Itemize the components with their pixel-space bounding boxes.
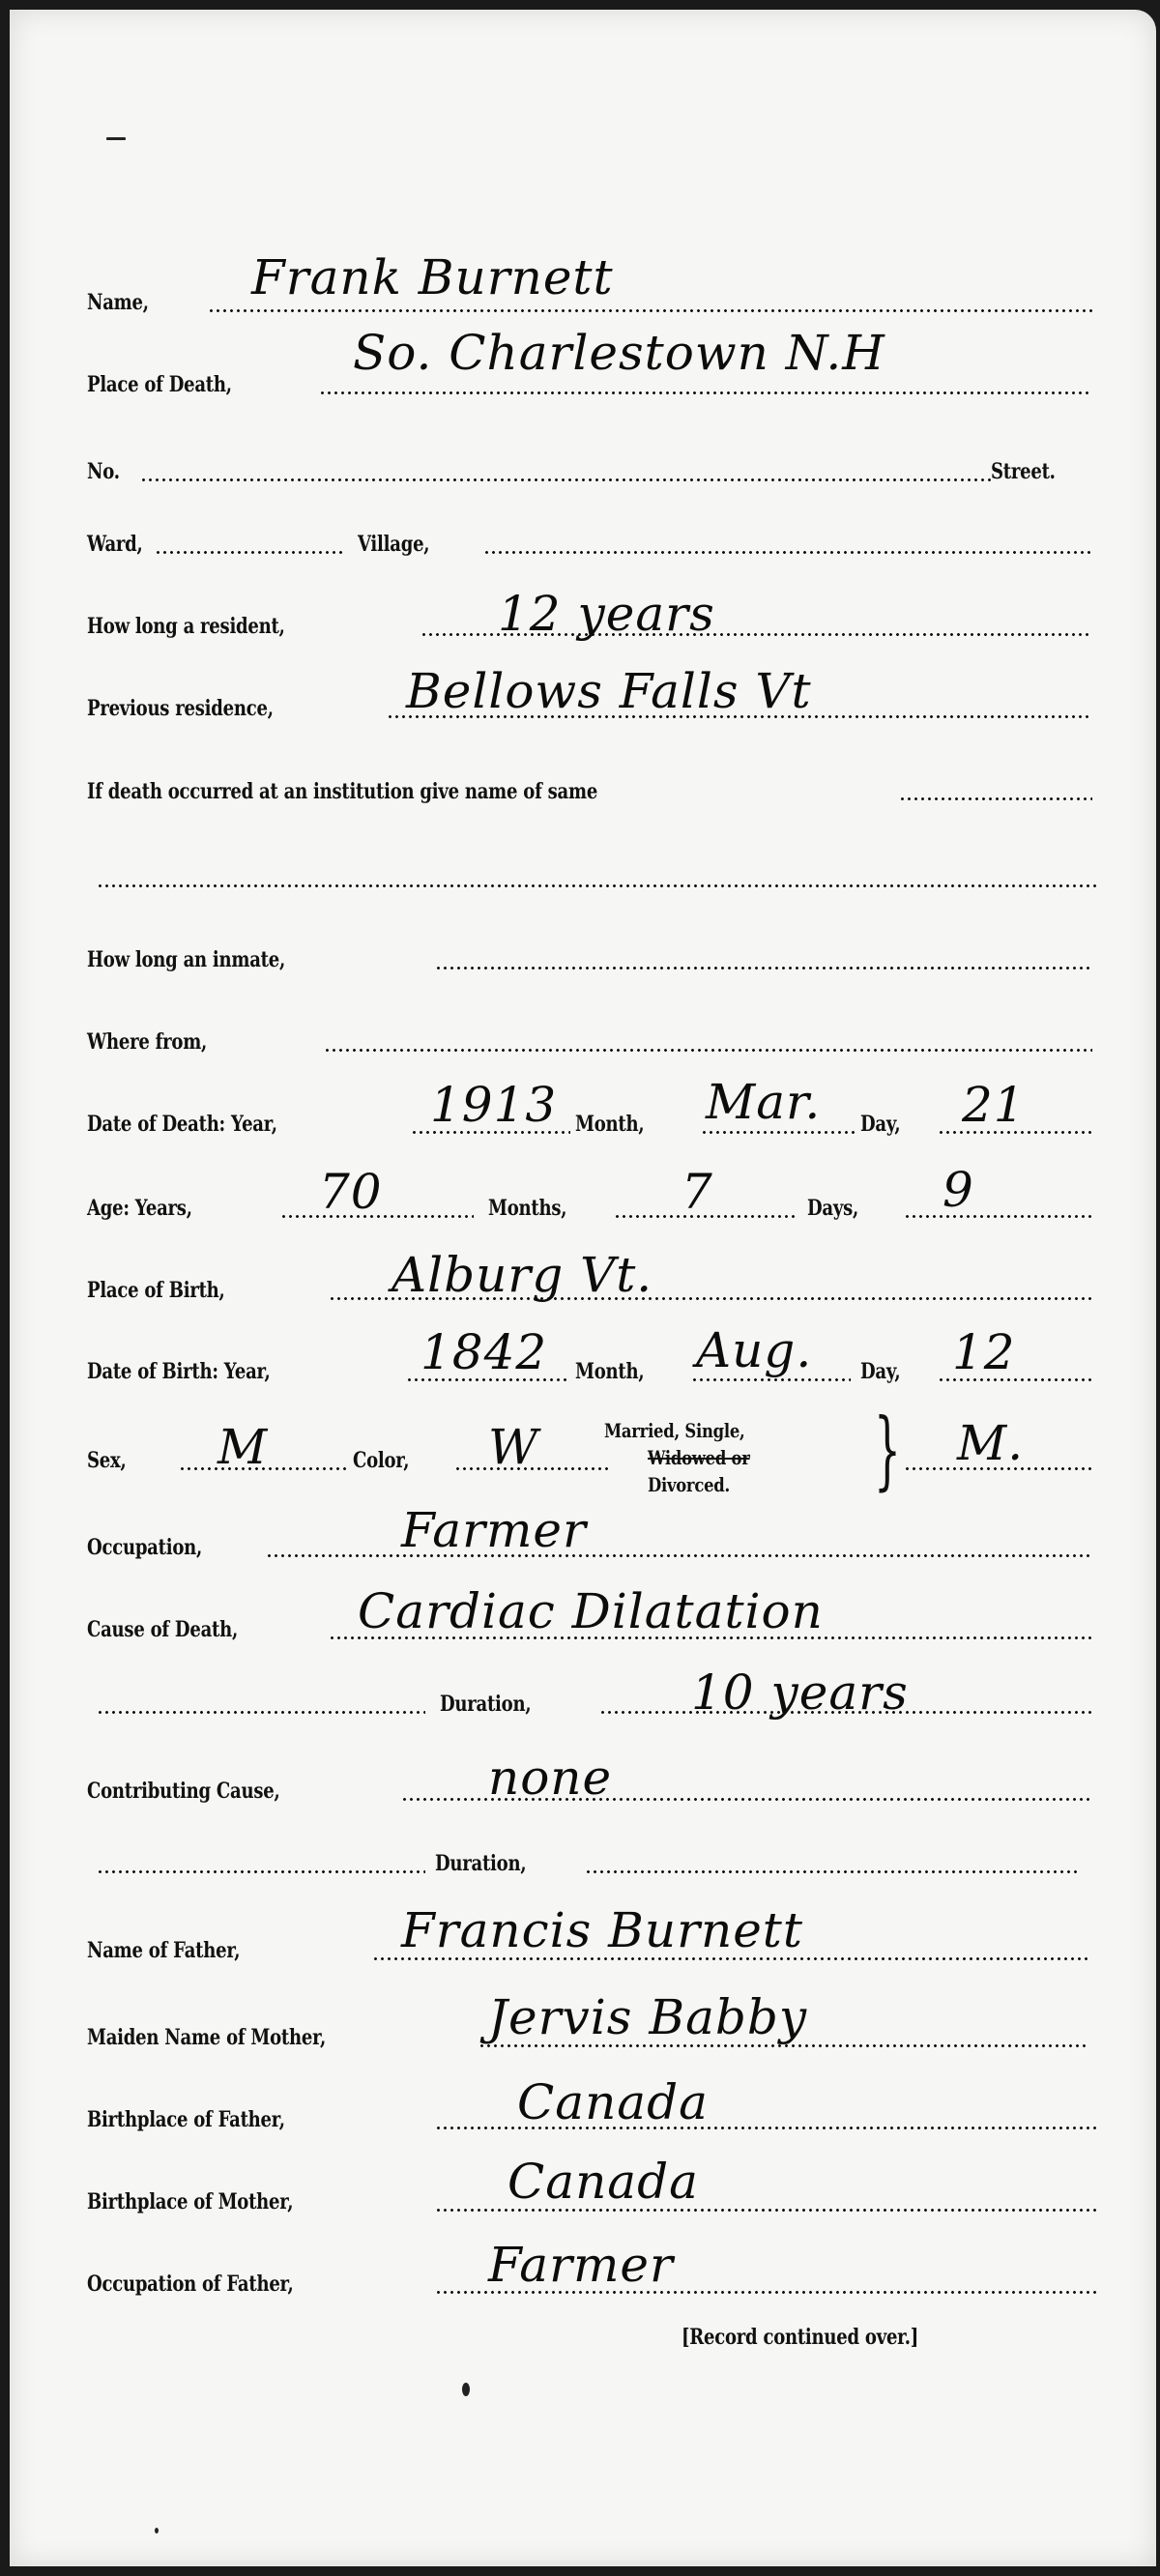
- institution-line[interactable]: [899, 797, 1092, 800]
- contributing-duration-label: Duration,: [435, 1851, 526, 1876]
- death-day-value[interactable]: 21: [962, 1081, 1026, 1129]
- previous-residence-value[interactable]: Bellows Falls Vt: [406, 667, 812, 715]
- death-record-card: Name, Frank Burnett Place of Death, So. …: [10, 10, 1156, 2566]
- father-birthplace-value[interactable]: Canada: [517, 2078, 709, 2127]
- father-name-value[interactable]: Francis Burnett: [401, 1906, 803, 1954]
- mother-maiden-name-value[interactable]: Jervis Babby: [488, 1993, 807, 2041]
- color-label: Color,: [353, 1448, 409, 1473]
- birth-month-value[interactable]: Aug.: [696, 1326, 812, 1375]
- where-from-line[interactable]: [324, 1049, 1092, 1052]
- death-day-label: Day,: [860, 1112, 900, 1137]
- institution-label: If death occurred at an institution give…: [87, 779, 597, 804]
- age-days-line: [904, 1215, 1092, 1218]
- brace-icon: }: [874, 1407, 901, 1492]
- inmate-duration-label: How long an inmate,: [87, 947, 285, 972]
- ink-mark: [462, 2383, 470, 2396]
- birth-month-label: Month,: [575, 1359, 644, 1384]
- cause-of-death-label: Cause of Death,: [87, 1617, 238, 1642]
- father-name-label: Name of Father,: [87, 1938, 240, 1963]
- father-occupation-value[interactable]: Farmer: [488, 2241, 674, 2289]
- contributing-extra-line[interactable]: [97, 1870, 425, 1873]
- place-of-death-line: [319, 391, 1092, 394]
- birth-day-label: Day,: [860, 1359, 900, 1384]
- mother-birthplace-label: Birthplace of Mother,: [87, 2189, 293, 2214]
- ward-label: Ward,: [87, 532, 143, 557]
- contributing-duration-line[interactable]: [585, 1870, 1078, 1873]
- sex-value[interactable]: M: [217, 1423, 268, 1471]
- name-label: Name,: [87, 290, 149, 315]
- age-days-value[interactable]: 9: [942, 1166, 974, 1214]
- age-label: Age: Years,: [87, 1196, 192, 1221]
- marital-label-line3: Divorced.: [648, 1473, 730, 1496]
- residency-label: How long a resident,: [87, 614, 285, 639]
- death-month-line: [701, 1131, 855, 1134]
- number-label: No.: [87, 459, 120, 484]
- marital-value[interactable]: M.: [957, 1419, 1024, 1467]
- color-value[interactable]: W: [488, 1423, 538, 1471]
- village-label: Village,: [358, 532, 429, 557]
- cause-duration-label: Duration,: [440, 1692, 531, 1717]
- name-line: [208, 309, 1092, 312]
- age-months-label: Months,: [488, 1196, 566, 1221]
- birth-day-value[interactable]: 12: [952, 1328, 1016, 1376]
- date-of-death-label: Date of Death: Year,: [87, 1112, 277, 1137]
- institution-line-2[interactable]: [97, 884, 1097, 887]
- birth-month-line: [691, 1378, 851, 1381]
- death-year-value[interactable]: 1913: [430, 1081, 557, 1129]
- sex-label: Sex,: [87, 1448, 127, 1473]
- mother-birthplace-value[interactable]: Canada: [507, 2157, 699, 2206]
- cause-of-death-value[interactable]: Cardiac Dilatation: [358, 1587, 824, 1635]
- inmate-duration-line[interactable]: [435, 967, 1092, 970]
- date-of-birth-label: Date of Birth: Year,: [87, 1359, 271, 1384]
- age-years-value[interactable]: 70: [319, 1168, 383, 1216]
- village-line[interactable]: [483, 551, 1092, 554]
- contributing-cause-value[interactable]: none: [488, 1753, 612, 1802]
- where-from-label: Where from,: [87, 1029, 207, 1055]
- age-months-value[interactable]: 7: [681, 1168, 713, 1216]
- marital-label-line2: Widowed or: [648, 1446, 750, 1469]
- name-value[interactable]: Frank Burnett: [251, 253, 614, 302]
- occupation-line: [266, 1554, 1092, 1557]
- ink-speck: [155, 2528, 159, 2533]
- number-line[interactable]: [140, 478, 991, 481]
- occupation-value[interactable]: Farmer: [401, 1506, 587, 1554]
- birth-year-value[interactable]: 1842: [420, 1328, 547, 1376]
- mother-maiden-name-label: Maiden Name of Mother,: [87, 2025, 326, 2050]
- record-continued-note: [Record continued over.]: [681, 2325, 918, 2350]
- place-of-birth-label: Place of Birth,: [87, 1278, 225, 1303]
- previous-residence-label: Previous residence,: [87, 696, 274, 721]
- marital-label-line1: Married, Single,: [604, 1419, 745, 1442]
- cause-duration-value[interactable]: 10 years: [691, 1668, 909, 1717]
- contributing-cause-label: Contributing Cause,: [87, 1779, 280, 1804]
- ward-line[interactable]: [155, 551, 343, 554]
- death-month-label: Month,: [575, 1112, 644, 1137]
- death-month-value[interactable]: Mar.: [706, 1078, 821, 1126]
- age-days-label: Days,: [807, 1196, 858, 1221]
- place-of-death-value[interactable]: So. Charlestown N.H: [353, 329, 885, 377]
- occupation-label: Occupation,: [87, 1535, 202, 1560]
- street-label: Street.: [991, 459, 1056, 484]
- place-of-birth-value[interactable]: Alburg Vt.: [391, 1251, 652, 1299]
- cause-extra-line[interactable]: [97, 1711, 425, 1714]
- place-of-death-label: Place of Death,: [87, 372, 232, 397]
- ink-dash: [106, 137, 126, 140]
- father-birthplace-label: Birthplace of Father,: [87, 2107, 285, 2132]
- father-occupation-label: Occupation of Father,: [87, 2272, 294, 2297]
- residency-value[interactable]: 12 years: [498, 590, 715, 638]
